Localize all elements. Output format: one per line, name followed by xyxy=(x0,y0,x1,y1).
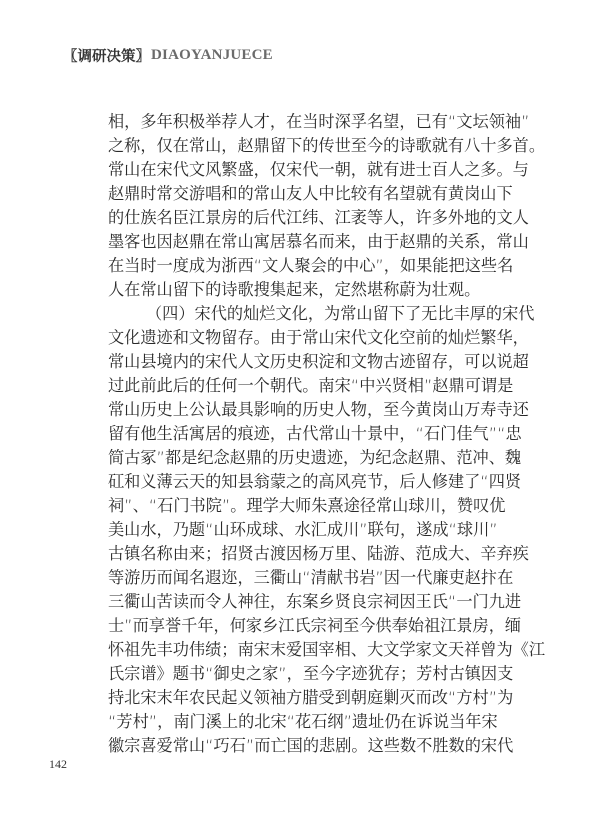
text-line: “芳村”，南门溪上的北宋“花石纲”遗址仍在诉说当年宋 xyxy=(108,710,492,734)
text-line: 等游历而闻名遐迩，三衢山“清献书岩”因一代廉吏赵抃在 xyxy=(108,566,492,590)
text-line: 持北宋末年农民起义领袖方腊受到朝庭剿灭而改“方村”为 xyxy=(108,686,492,710)
text-line: 过此前此后的任何一个朝代。南宋“中兴贤相”赵鼎可谓是 xyxy=(108,374,492,398)
text-line: 常山县境内的宋代人文历史积淀和文物古迹留存，可以说超 xyxy=(108,350,492,374)
text-line: 氏宗谱》题书“御史之家”，至今字迹犹存；芳村古镇因支 xyxy=(108,662,492,686)
paragraph-start-line: （四）宋代的灿烂文化，为常山留下了无比丰厚的宋代 xyxy=(108,302,492,326)
text-line: 赵鼎时常交游唱和的常山友人中比较有名望就有黄岗山下 xyxy=(108,182,492,206)
text-line: 墨客也因赵鼎在常山寓居慕名而来，由于赵鼎的关系，常山 xyxy=(108,230,492,254)
text-line: 人在常山留下的诗歌搜集起来，定然堪称蔚为壮观。 xyxy=(108,278,492,302)
text-line: 常山在宋代文风繁盛，仅宋代一朝，就有进士百人之多。与 xyxy=(108,158,492,182)
text-line: 美山水，乃题“山环成球、水汇成川”联句，遂成“球川” xyxy=(108,518,492,542)
text-line: 矼和义薄云天的知县翁蒙之的高风亮节，后人修建了“四贤 xyxy=(108,470,492,494)
text-line: 的仕族名臣江景房的后代江纬、江袤等人，许多外地的文人 xyxy=(108,206,492,230)
text-line: 在当时一度成为浙西“文人聚会的中心”，如果能把这些名 xyxy=(108,254,492,278)
text-line: 常山历史上公认最具影响的历史人物，至今黄岗山万寿寺还 xyxy=(108,398,492,422)
text-line: 留有他生活寓居的痕迹，古代常山十景中，“石门佳气”“忠 xyxy=(108,422,492,446)
text-line: 祠”、“石门书院”。理学大师朱熹途径常山球川，赞叹优 xyxy=(108,494,492,518)
text-line: 之称，仅在常山，赵鼎留下的传世至今的诗歌就有八十多首。 xyxy=(108,134,492,158)
text-line: 三衢山苦读而令人神往，东案乡贤良宗祠因王氏“一门九进 xyxy=(108,590,492,614)
section-title-en: DIAOYANJUECE xyxy=(151,47,273,64)
running-header: 〖调研决策〗 DIAOYANJUECE xyxy=(63,45,273,65)
body-text: 相，多年积极举荐人才，在当时深孚名望，已有“文坛领袖” 之称，仅在常山，赵鼎留下… xyxy=(108,110,492,758)
page-number: 142 xyxy=(49,757,67,772)
text-line: 怀祖先丰功伟绩；南宋末爱国宰相、大文学家文天祥曾为《江 xyxy=(108,638,492,662)
text-line: 文化遗迹和文物留存。由于常山宋代文化空前的灿烂繁华， xyxy=(108,326,492,350)
text-line: 简古冢”都是纪念赵鼎的历史遗迹，为纪念赵鼎、范冲、魏 xyxy=(108,446,492,470)
text-line: 古镇名称由来；招贤古渡因杨万里、陆游、范成大、辛弃疾 xyxy=(108,542,492,566)
section-title-cn: 〖调研决策〗 xyxy=(63,45,150,66)
text-line: 相，多年积极举荐人才，在当时深孚名望，已有“文坛领袖” xyxy=(108,110,492,134)
text-line: 徽宗喜爱常山“巧石”而亡国的悲剧。这些数不胜数的宋代 xyxy=(108,734,492,758)
text-line: 士”而享誉千年，何家乡江氏宗祠至今供奉始祖江景房，缅 xyxy=(108,614,492,638)
